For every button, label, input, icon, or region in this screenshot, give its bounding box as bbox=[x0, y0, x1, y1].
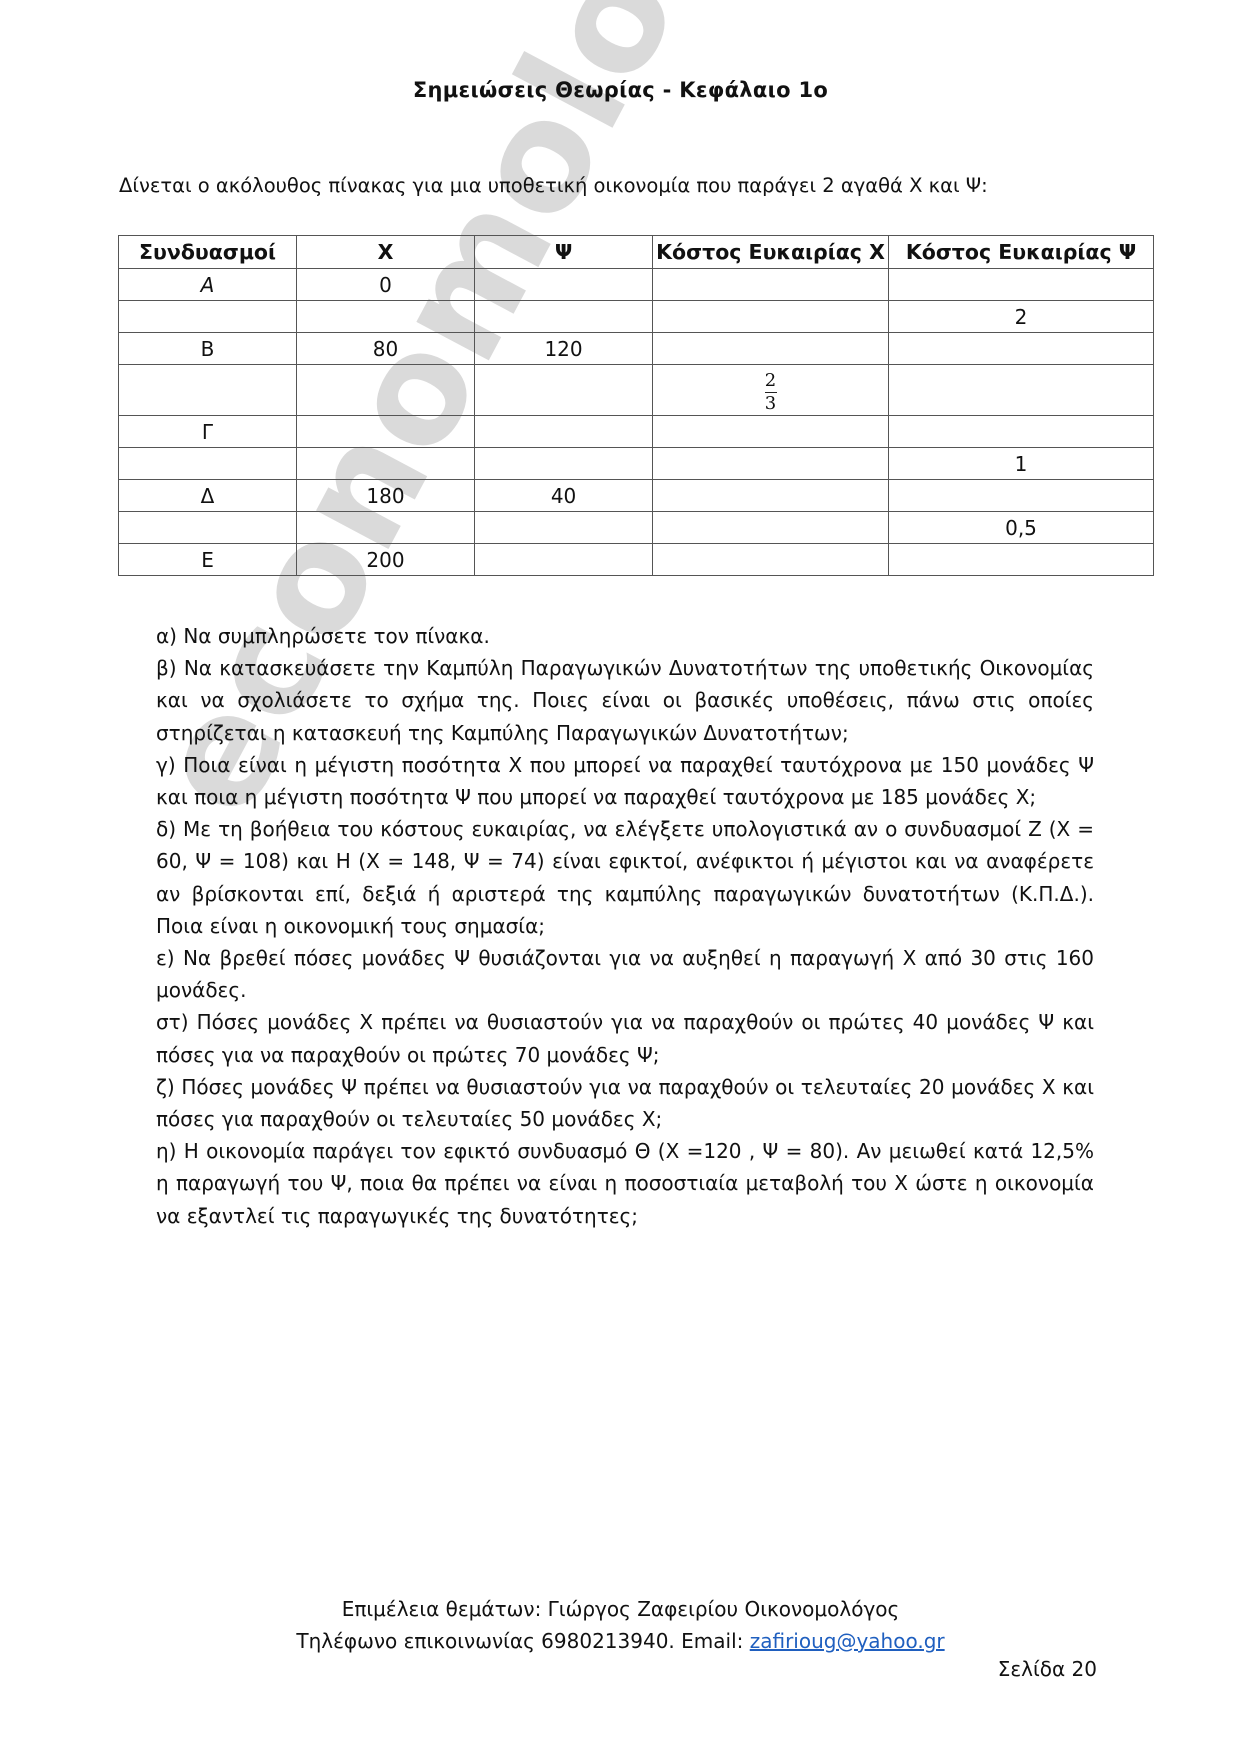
footer-phone: Τηλέφωνο επικοινωνίας 6980213940. Email: bbox=[296, 1629, 749, 1653]
y-cell bbox=[475, 269, 653, 301]
table-row: 23 bbox=[119, 365, 1154, 416]
opportunity-cost-x-cell bbox=[653, 544, 889, 576]
x-cell bbox=[297, 512, 475, 544]
fraction-denominator: 3 bbox=[765, 395, 776, 413]
combination-cell: Γ bbox=[119, 416, 297, 448]
opportunity-cost-y-cell: 2 bbox=[889, 301, 1154, 333]
y-cell bbox=[475, 512, 653, 544]
x-cell: 0 bbox=[297, 269, 475, 301]
question-z: ζ) Πόσες μονάδες Ψ πρέπει να θυσιαστούν … bbox=[156, 1071, 1094, 1135]
y-cell bbox=[475, 416, 653, 448]
table-row: Δ18040 bbox=[119, 480, 1154, 512]
intro-text: Δίνεται ο ακόλουθος πίνακας για μια υποθ… bbox=[119, 174, 988, 197]
footer-contact: Τηλέφωνο επικοινωνίας 6980213940. Email:… bbox=[0, 1625, 1241, 1657]
y-cell bbox=[475, 365, 653, 416]
opportunity-cost-x-cell bbox=[653, 512, 889, 544]
combination-cell bbox=[119, 301, 297, 333]
x-cell bbox=[297, 416, 475, 448]
opportunity-cost-y-cell bbox=[889, 544, 1154, 576]
y-cell bbox=[475, 544, 653, 576]
opportunity-cost-y-cell: 0,5 bbox=[889, 512, 1154, 544]
table-header-row: Συνδυασμοί Χ Ψ Κόστος Ευκαιρίας Χ Κόστος… bbox=[119, 236, 1154, 269]
table-row: 2 bbox=[119, 301, 1154, 333]
combination-cell: Ε bbox=[119, 544, 297, 576]
y-cell bbox=[475, 448, 653, 480]
table-row: 0,5 bbox=[119, 512, 1154, 544]
x-cell: 180 bbox=[297, 480, 475, 512]
question-c: γ) Ποια είναι η μέγιστη ποσότητα Χ που μ… bbox=[156, 749, 1094, 813]
fraction-numerator: 2 bbox=[765, 372, 776, 390]
opportunity-cost-x-cell: 23 bbox=[653, 365, 889, 416]
opportunity-cost-x-cell bbox=[653, 269, 889, 301]
x-cell: 200 bbox=[297, 544, 475, 576]
combination-cell bbox=[119, 448, 297, 480]
column-header: Συνδυασμοί bbox=[119, 236, 297, 269]
opportunity-cost-x-cell bbox=[653, 448, 889, 480]
question-d: δ) Με τη βοήθεια του κόστους ευκαιρίας, … bbox=[156, 813, 1094, 942]
opportunity-cost-y-cell bbox=[889, 365, 1154, 416]
footer-editor: Επιμέλεια θεμάτων: Γιώργος Ζαφειρίου Οικ… bbox=[0, 1593, 1241, 1625]
question-a: α) Να συμπληρώσετε τον πίνακα. bbox=[156, 620, 1094, 652]
column-header: Κόστος Ευκαιρίας Ψ bbox=[889, 236, 1154, 269]
page-title: Σημειώσεις Θεωρίας - Κεφάλαιο 1ο bbox=[0, 78, 1241, 102]
opportunity-cost-y-cell bbox=[889, 333, 1154, 365]
x-cell bbox=[297, 448, 475, 480]
opportunity-cost-x-cell bbox=[653, 480, 889, 512]
combination-cell: Α bbox=[119, 269, 297, 301]
opportunity-cost-y-cell bbox=[889, 416, 1154, 448]
question-e: ε) Να βρεθεί πόσες μονάδες Ψ θυσιάζονται… bbox=[156, 942, 1094, 1006]
combination-cell: Δ bbox=[119, 480, 297, 512]
combination-cell: Β bbox=[119, 333, 297, 365]
y-cell: 40 bbox=[475, 480, 653, 512]
opportunity-cost-y-cell: 1 bbox=[889, 448, 1154, 480]
opportunity-cost-y-cell bbox=[889, 269, 1154, 301]
table-row: Ε200 bbox=[119, 544, 1154, 576]
table-row: Β80120 bbox=[119, 333, 1154, 365]
x-cell bbox=[297, 365, 475, 416]
question-st: στ) Πόσες μονάδες Χ πρέπει να θυσιαστούν… bbox=[156, 1006, 1094, 1070]
production-possibilities-table: Συνδυασμοί Χ Ψ Κόστος Ευκαιρίας Χ Κόστος… bbox=[118, 235, 1154, 576]
opportunity-cost-y-cell bbox=[889, 480, 1154, 512]
table-row: 1 bbox=[119, 448, 1154, 480]
combination-cell bbox=[119, 512, 297, 544]
x-cell bbox=[297, 301, 475, 333]
combination-cell bbox=[119, 365, 297, 416]
column-header: Ψ bbox=[475, 236, 653, 269]
y-cell bbox=[475, 301, 653, 333]
column-header: Χ bbox=[297, 236, 475, 269]
question-b: β) Να κατασκευάσετε την Καμπύλη Παραγωγι… bbox=[156, 652, 1094, 749]
y-cell: 120 bbox=[475, 333, 653, 365]
column-header: Κόστος Ευκαιρίας Χ bbox=[653, 236, 889, 269]
opportunity-cost-x-cell bbox=[653, 416, 889, 448]
footer: Επιμέλεια θεμάτων: Γιώργος Ζαφειρίου Οικ… bbox=[0, 1593, 1241, 1657]
email-link[interactable]: zafirioug@yahoo.gr bbox=[750, 1629, 945, 1653]
question-h: η) Η οικονομία παράγει τον εφικτό συνδυα… bbox=[156, 1135, 1094, 1232]
x-cell: 80 bbox=[297, 333, 475, 365]
table-row: Γ bbox=[119, 416, 1154, 448]
questions-list: α) Να συμπληρώσετε τον πίνακα. β) Να κατ… bbox=[156, 620, 1094, 1232]
opportunity-cost-x-cell bbox=[653, 301, 889, 333]
table-row: Α0 bbox=[119, 269, 1154, 301]
page-number: Σελίδα 20 bbox=[998, 1657, 1097, 1681]
opportunity-cost-x-cell bbox=[653, 333, 889, 365]
fraction: 23 bbox=[765, 372, 777, 413]
